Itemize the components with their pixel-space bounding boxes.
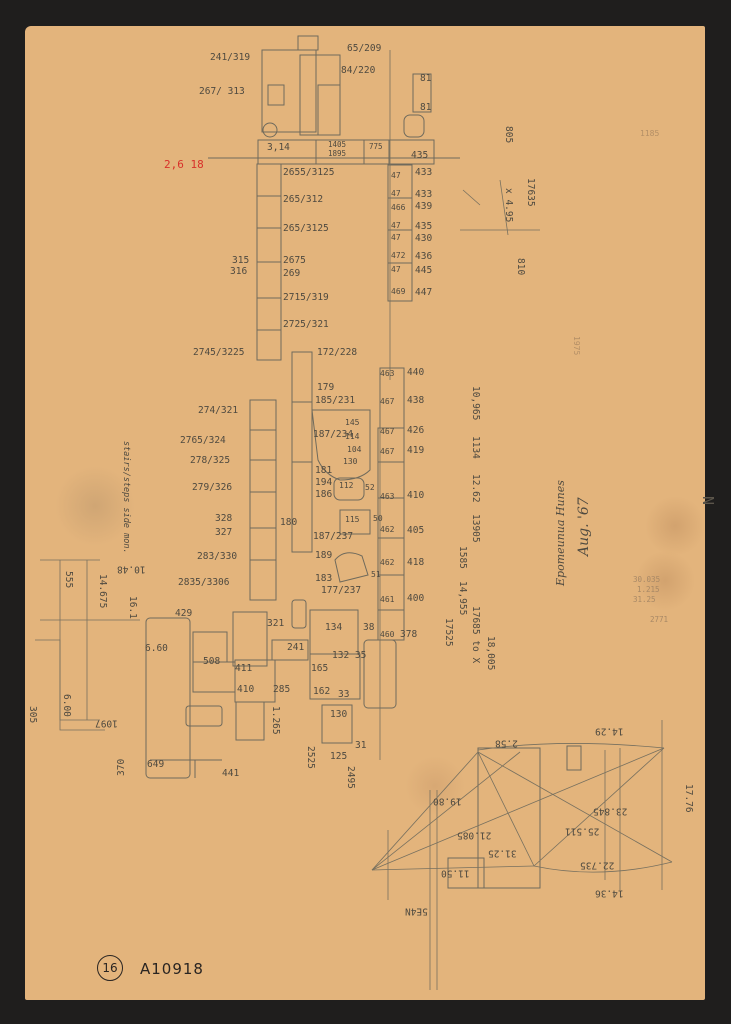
paper-sheet: 241/319 267/ 313 65/209 84/220 81 81 3,1…	[25, 26, 705, 1000]
measurement-label: 17525	[444, 618, 454, 647]
elevation-label: 410	[237, 685, 254, 695]
measurement-label: 12.62	[471, 474, 481, 503]
elevation-label: 433	[415, 168, 432, 178]
elevation-label: 114	[345, 433, 359, 441]
elevation-label: 1.265	[271, 706, 281, 735]
elevation-label: 81	[420, 103, 431, 113]
elevation-label: 47	[391, 222, 401, 230]
north-arrow-label: N	[700, 496, 715, 505]
measurement-label: 805	[504, 126, 514, 143]
elevation-label: 467	[380, 448, 394, 456]
elevation-label: 2495	[346, 766, 356, 789]
elevation-label: 460	[380, 631, 394, 639]
elevation-label: 187/237	[313, 532, 353, 542]
elevation-label: 466	[391, 204, 405, 212]
faint-note: 2771	[650, 616, 668, 624]
elevation-label: 179	[317, 383, 334, 393]
elevation-label: 2835/3306	[178, 578, 229, 588]
elevation-label: 180	[280, 518, 297, 528]
elevation-label: 134	[325, 623, 342, 633]
elevation-label: 435	[411, 151, 428, 161]
measurement-label: 17685 to X	[471, 606, 481, 663]
elevation-label: 47	[391, 190, 401, 198]
measurement-label: 17635	[526, 178, 536, 207]
faint-note: 31.25	[633, 596, 656, 604]
elevation-label: 405	[407, 526, 424, 536]
measurement-label: 14.675	[98, 574, 108, 608]
elevation-label: 278/325	[190, 456, 230, 466]
elevation-label: 438	[407, 396, 424, 406]
sheet-number-circle: 16	[97, 955, 123, 981]
elevation-label: 189	[315, 551, 332, 561]
elevation-label: 6.60	[145, 644, 168, 654]
elevation-label: 2745/3225	[193, 348, 244, 358]
elevation-label: 435	[415, 222, 432, 232]
measurement-label: 10.48	[117, 564, 146, 574]
elevation-label: 112	[339, 482, 353, 490]
elevation-label: 315	[232, 256, 249, 266]
elevation-label: 2715/319	[283, 293, 329, 303]
elevation-label: 467	[380, 398, 394, 406]
measurement-label: 14.29	[595, 726, 624, 736]
elevation-label: 104	[347, 446, 361, 454]
elevation-label: 130	[330, 710, 347, 720]
elevation-label: 2725/321	[283, 320, 329, 330]
elevation-label: 177/237	[321, 586, 361, 596]
measurement-label: 1134	[471, 436, 481, 459]
measurement-label: 22.735	[580, 860, 614, 870]
measurement-label: 5E4N	[405, 906, 428, 916]
elevation-label: 3,14	[267, 143, 290, 153]
elevation-label: 411	[235, 664, 252, 674]
elevation-label: 378	[400, 630, 417, 640]
elevation-label: 410	[407, 491, 424, 501]
elevation-label: 47	[391, 234, 401, 242]
site-name-label: Epomeunua Hunes	[555, 480, 566, 586]
elevation-label: 439	[415, 202, 432, 212]
elevation-label: 436	[415, 252, 432, 262]
measurement-label: 31.25	[488, 848, 517, 858]
elevation-label: 316	[230, 267, 247, 277]
measurement-label: 10,965	[471, 386, 481, 420]
elevation-label: 183	[315, 574, 332, 584]
measurement-label: 2.58	[495, 738, 518, 748]
elevation-label: 33	[338, 690, 349, 700]
elevation-label: 47	[391, 266, 401, 274]
elevation-label: 115	[345, 516, 359, 524]
elevation-label: 2655/3125	[283, 168, 334, 178]
elevation-label: 426	[407, 426, 424, 436]
accession-number: A10918	[140, 960, 204, 978]
elevation-label: 132 35	[332, 651, 366, 661]
measurement-label: 25.511	[565, 826, 599, 836]
elevation-label: 47	[391, 172, 401, 180]
measurement-label: 23.845	[593, 806, 627, 816]
elevation-label: 418	[407, 558, 424, 568]
elevation-label: 469	[391, 288, 405, 296]
elevation-label: 285	[273, 685, 290, 695]
elevation-label: 370	[117, 759, 127, 776]
red-pencil-annotation: 2,6 18	[164, 159, 204, 170]
elevation-label: 328	[215, 514, 232, 524]
elevation-label: 52	[365, 484, 375, 492]
elevation-label: 81	[420, 74, 431, 84]
date-label: Aug. '67	[577, 497, 591, 556]
elevation-label: 1895	[328, 150, 346, 158]
elevation-label: 265/312	[283, 195, 323, 205]
faint-note: 1.215	[637, 586, 660, 594]
sheet-number: 16	[102, 961, 117, 975]
elevation-label: 241	[287, 643, 304, 653]
elevation-label: 84/220	[341, 66, 375, 76]
elevation-label: 181	[315, 466, 332, 476]
side-note: stairs/steps side mon.	[122, 441, 131, 554]
elevation-label: 130	[343, 458, 357, 466]
faint-note: 1975	[572, 336, 580, 355]
elevation-label: 265/3125	[283, 224, 329, 234]
elevation-label: 433	[415, 190, 432, 200]
measurement-label: 13905	[471, 514, 481, 543]
measurement-label: 6.00	[62, 694, 72, 717]
elevation-label: 430	[415, 234, 432, 244]
faint-note: 30.035	[633, 576, 660, 584]
elevation-label: 274/321	[198, 406, 238, 416]
elevation-label: 65/209	[347, 44, 381, 54]
measurement-label: 555	[64, 571, 74, 588]
elevation-label: 419	[407, 446, 424, 456]
elevation-label: 2765/324	[180, 436, 226, 446]
elevation-label: 50	[373, 515, 383, 523]
elevation-label: 472	[391, 252, 405, 260]
elevation-label: 463	[380, 493, 394, 501]
elevation-label: 649	[147, 760, 164, 770]
measurement-label: 305	[28, 706, 38, 723]
elevation-label: 445	[415, 266, 432, 276]
measurement-label: 14.36	[595, 888, 624, 898]
measurement-label: 1097	[95, 718, 118, 728]
elevation-label: 2525	[306, 746, 316, 769]
elevation-label: 429	[175, 609, 192, 619]
elevation-label: 125	[330, 752, 347, 762]
elevation-label: 467	[380, 428, 394, 436]
elevation-label: 447	[415, 288, 432, 298]
measurement-label: 14,955	[458, 581, 468, 615]
measurement-label: 18,005	[486, 636, 496, 670]
elevation-label: 194	[315, 478, 332, 488]
elevation-label: 463	[380, 370, 394, 378]
elevation-label: 162	[313, 687, 330, 697]
elevation-label: 400	[407, 594, 424, 604]
elevation-label: 461	[380, 596, 394, 604]
elevation-label: 51	[371, 571, 381, 579]
elevation-label: 31	[355, 741, 366, 751]
measurement-label: 1585	[458, 546, 468, 569]
elevation-label: 165	[311, 664, 328, 674]
elevation-label: 241/319	[210, 53, 250, 63]
elevation-label: 269	[283, 269, 300, 279]
elevation-label: 172/228	[317, 348, 357, 358]
measurement-label: x 4.95	[504, 188, 514, 222]
measurement-label: 21.085	[457, 830, 491, 840]
elevation-label: 185/231	[315, 396, 355, 406]
elevation-label: 186	[315, 490, 332, 500]
elevation-label: 2675	[283, 256, 306, 266]
elevation-label: 1405	[328, 141, 346, 149]
elevation-label: 775	[369, 143, 383, 151]
measurement-label: 17.76	[684, 784, 694, 813]
measurement-label: 810	[516, 258, 526, 275]
measurement-label: 16.1	[128, 596, 138, 619]
elevation-label: 327	[215, 528, 232, 538]
measurement-label: 19.80	[433, 796, 462, 806]
elevation-label: 508	[203, 657, 220, 667]
elevation-label: 279/326	[192, 483, 232, 493]
elevation-label: 38	[363, 623, 374, 633]
elevation-label: 462	[380, 526, 394, 534]
elevation-label: 283/330	[197, 552, 237, 562]
elevation-label: 321	[267, 619, 284, 629]
elevation-label: 145	[345, 419, 359, 427]
faint-note: 1185	[640, 130, 659, 138]
elevation-label: 267/ 313	[199, 87, 245, 97]
measurement-label: 11.50	[441, 868, 470, 878]
elevation-label: 440	[407, 368, 424, 378]
elevation-label: 441	[222, 769, 239, 779]
elevation-label: 462	[380, 559, 394, 567]
